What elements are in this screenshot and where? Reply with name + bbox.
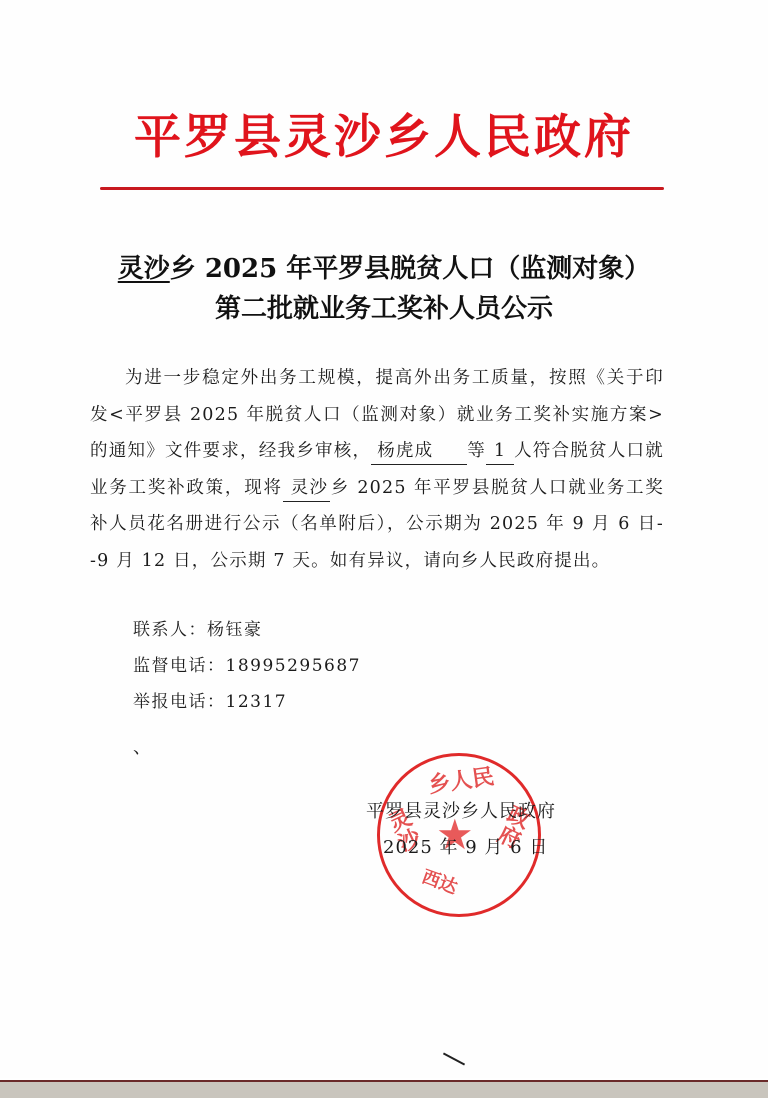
- supervise-phone-row: 监督电话：18995295687: [133, 648, 361, 684]
- contact-name: 杨钰豪: [207, 620, 263, 640]
- background-surface: [0, 1080, 768, 1098]
- contact-info: 联系人：杨钰豪 监督电话：18995295687 举报电话：12317: [133, 612, 361, 720]
- signature-date: 2025 年 9 月 6 日: [383, 833, 548, 859]
- notice-title-line-2: 第二批就业务工奖补人员公示: [0, 288, 768, 325]
- report-phone: 12317: [226, 692, 288, 712]
- supervise-label: 监督电话：: [133, 656, 226, 676]
- township-field: 灵沙: [283, 475, 330, 502]
- pen-stroke-mark: [443, 1052, 465, 1065]
- person-name-field: 杨虎成: [371, 438, 467, 465]
- notice-body: 为进一步稳定外出务工规模，提高外出务工质量，按照《关于印发<平罗县 2025 年…: [90, 360, 664, 579]
- red-divider-line: [100, 187, 664, 190]
- body-paragraph: 为进一步稳定外出务工规模，提高外出务工质量，按照《关于印发<平罗县 2025 年…: [90, 360, 664, 579]
- signature-org: 平罗县灵沙乡人民政府: [366, 797, 556, 823]
- seal-bottom-text: 西达: [419, 863, 462, 900]
- contact-label: 联系人：: [133, 620, 207, 640]
- title-line-1-text: 乡 2025 年平罗县脱贫人口（监测对象）: [170, 254, 650, 284]
- report-label: 举报电话：: [133, 692, 226, 712]
- masthead-title: 平罗县灵沙乡人民政府: [0, 100, 768, 167]
- stray-mark: 、: [133, 733, 151, 759]
- document-page: 平罗县灵沙乡人民政府 灵沙乡 2025 年平罗县脱贫人口（监测对象） 第二批就业…: [0, 0, 768, 1078]
- supervise-phone: 18995295687: [226, 656, 361, 676]
- seal-top-text: 乡人民: [426, 760, 496, 800]
- report-phone-row: 举报电话：12317: [133, 684, 361, 720]
- body-text-2: 等: [467, 441, 486, 461]
- contact-person-row: 联系人：杨钰豪: [133, 612, 361, 648]
- title-township-underlined: 灵沙: [118, 254, 170, 284]
- notice-title-line-1: 灵沙乡 2025 年平罗县脱贫人口（监测对象）: [0, 248, 768, 285]
- person-count-field: 1: [486, 438, 514, 465]
